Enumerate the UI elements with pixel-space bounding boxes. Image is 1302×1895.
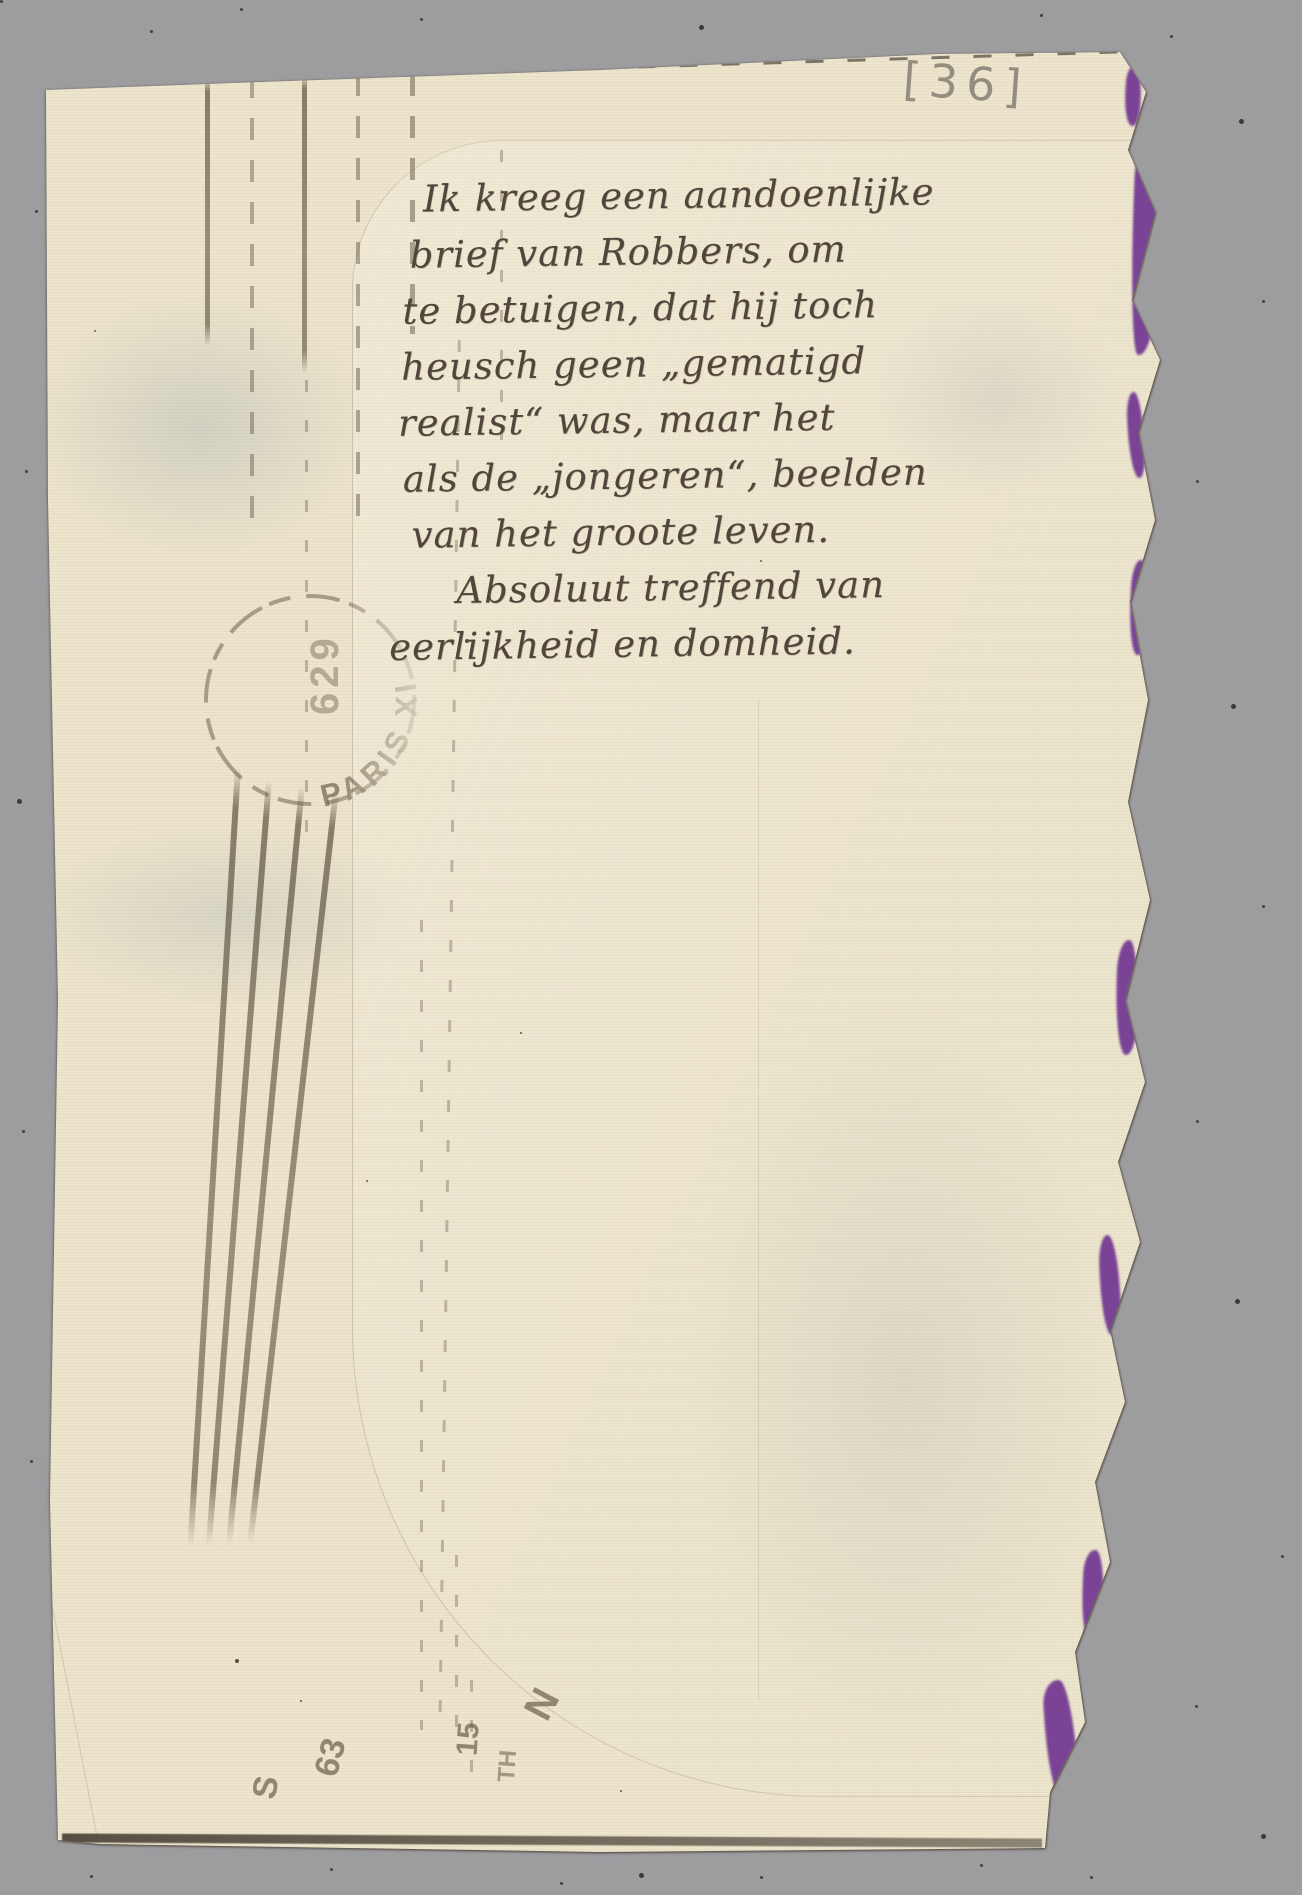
handwriting-line: realist“ was, maar het (398, 389, 924, 452)
bottom-stamp-fragment: TH (493, 1749, 523, 1783)
handwriting-line: brief van Robbers, om (409, 220, 935, 283)
paper-shadow-wrap: PARIS XI 629 Ik kreeg een aandoenlijke b… (0, 0, 1302, 1895)
handwriting-line: eerlijkheid en domheid. (389, 613, 915, 676)
handwriting-block: Ik kreeg een aandoenlijke brief van Robb… (409, 164, 941, 675)
cancellation-line (250, 76, 254, 526)
handwriting-line: als de „jongeren“, beelden (402, 444, 928, 507)
bottom-stamp-fragment: 15 (451, 1721, 487, 1757)
cancellation-line (420, 920, 423, 1730)
postmark-center-digits: 629 (303, 633, 347, 715)
handwriting-line: heusch geen „gematigd (401, 332, 927, 395)
crease-line (758, 700, 759, 1700)
paper-specks (0, 0, 2, 2)
handwriting-line: van het groote leven. (411, 500, 937, 563)
cancellation-line (356, 74, 360, 534)
handwriting-line: te betuigen, dat hij toch (402, 276, 928, 339)
page-number-annotation: [36] (901, 52, 1031, 115)
handwriting-line: Absoluut treffend van (456, 556, 982, 619)
cancellation-line (302, 74, 307, 374)
scanned-envelope-page: PARIS XI 629 Ik kreeg een aandoenlijke b… (0, 0, 1302, 1895)
cancellation-line (205, 78, 210, 346)
handwriting-line: Ik kreeg een aandoenlijke (423, 164, 949, 227)
envelope-paper: PARIS XI 629 Ik kreeg een aandoenlijke b… (0, 0, 1302, 1895)
